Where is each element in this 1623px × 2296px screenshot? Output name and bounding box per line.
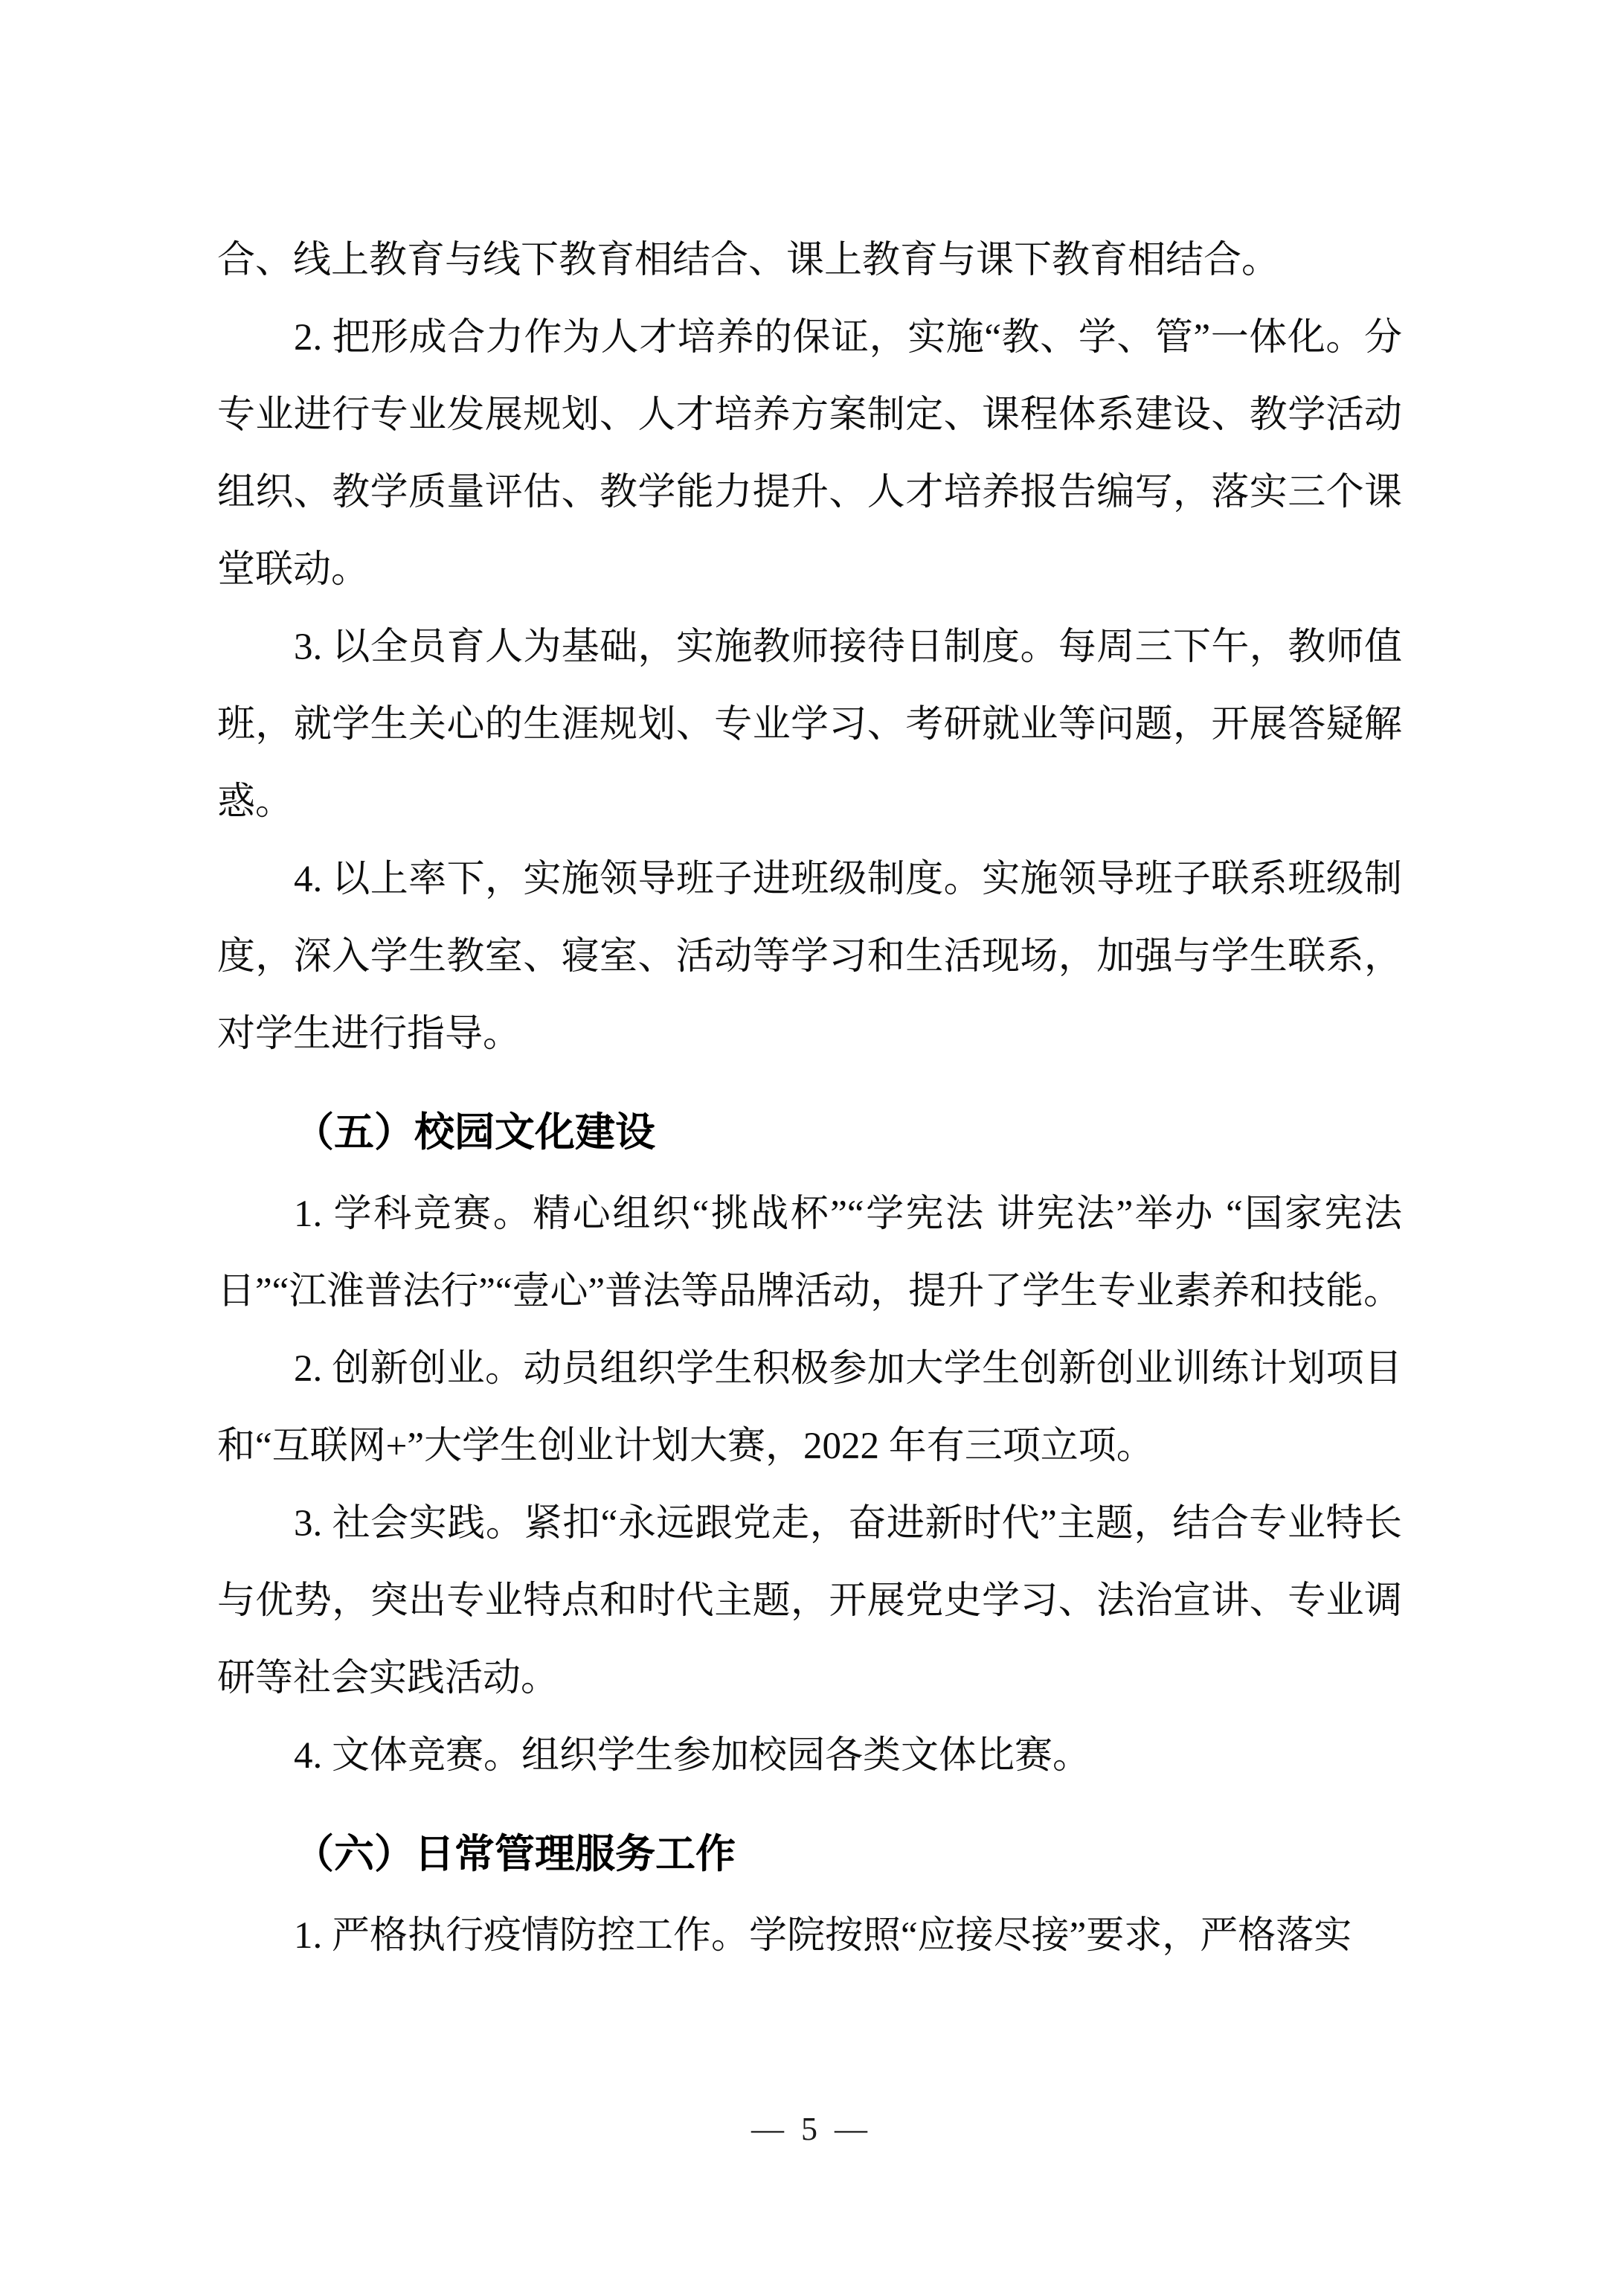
paragraph-item-3: 3. 以全员育人为基础，实施教师接待日制度。每周三下午，教师值班，就学生关心的生… xyxy=(217,609,1402,841)
document-page: 合、线上教育与线下教育相结合、课上教育与课下教育相结合。 2. 把形成合力作为人… xyxy=(0,0,1623,2296)
paragraph-section5-item-3: 3. 社会实践。紧扣“永远跟党走，奋进新时代”主题，结合专业特长与优势，突出专业… xyxy=(217,1485,1402,1717)
paragraph-section5-item-2: 2. 创新创业。动员组织学生积极参加大学生创新创业训练计划项目和“互联网+”大学… xyxy=(217,1330,1402,1485)
paragraph-continuation: 合、线上教育与线下教育相结合、课上教育与课下教育相结合。 xyxy=(217,222,1402,299)
page-body: 合、线上教育与线下教育相结合、课上教育与课下教育相结合。 2. 把形成合力作为人… xyxy=(217,222,1402,1975)
paragraph-section6-item-1: 1. 严格执行疫情防控工作。学院按照“应接尽接”要求，严格落实 xyxy=(217,1897,1402,1975)
paragraph-section5-item-4: 4. 文体竞赛。组织学生参加校园各类文体比赛。 xyxy=(217,1717,1402,1795)
paragraph-item-2: 2. 把形成合力作为人才培养的保证，实施“教、学、管”一体化。分专业进行专业发展… xyxy=(217,299,1402,609)
paragraph-section5-item-1: 1. 学科竞赛。精心组织“挑战杯”“学宪法 讲宪法”举办 “国家宪法日”“江淮普… xyxy=(217,1176,1402,1330)
section-heading-6: （六）日常管理服务工作 xyxy=(217,1815,1402,1893)
paragraph-item-4: 4. 以上率下，实施领导班子进班级制度。实施领导班子联系班级制度，深入学生教室、… xyxy=(217,841,1402,1073)
page-number: — 5 — xyxy=(0,2110,1623,2149)
section-heading-5: （五）校园文化建设 xyxy=(217,1094,1402,1171)
